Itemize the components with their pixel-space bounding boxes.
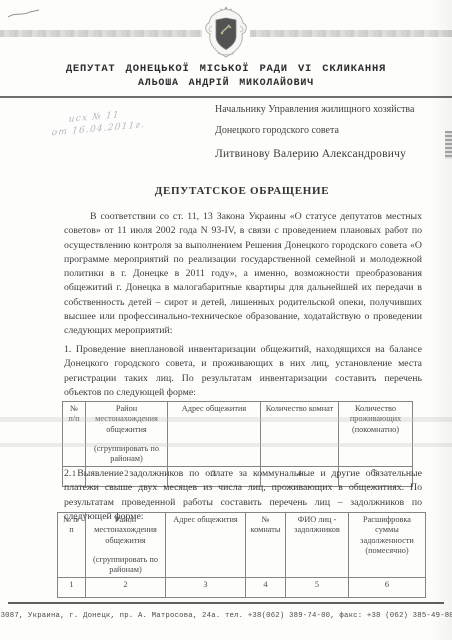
table2-header-district: Район местонахождения общежития(сгруппир…	[86, 513, 166, 578]
table-debtors-list: № п/п Район местонахождения общежития(сг…	[57, 512, 426, 598]
document-title: ДЕПУТАТСКОЕ ОБРАЩЕНИЕ	[64, 185, 420, 197]
letterhead-divider	[0, 96, 452, 98]
scan-edge-shading	[430, 0, 452, 640]
table2-header-address: Адрес общежития	[166, 513, 246, 578]
addressee-block: Начальнику Управления жилищного хозяйств…	[215, 104, 445, 160]
table2-colnum-5: 5	[286, 578, 349, 598]
donetsk-coat-of-arms-icon	[202, 2, 250, 60]
handwritten-note: исх № 11 от 16.04.2011г.	[51, 105, 173, 140]
table2-colnum-4: 4	[246, 578, 286, 598]
letterhead-deputy-name: АЛЬОША АНДРІЙ МИКОЛАЙОВИЧ	[0, 77, 452, 90]
addressee-position: Начальнику Управления жилищного хозяйств…	[215, 104, 445, 116]
table1-header-district: Район местонахождения общежития(сгруппир…	[86, 402, 168, 467]
table2-colnum-2: 2	[86, 578, 166, 598]
table-row: № п/п Район местонахождения общежития(сг…	[63, 402, 413, 467]
footer-address: 83087, Украина, г. Донецк, пр. А. Матрос…	[0, 612, 452, 620]
table2-colnum-3: 3	[166, 578, 246, 598]
footer-divider	[8, 602, 444, 604]
table2-header-debtor-name: ФИО лиц - задолжников	[286, 513, 349, 578]
table-row: 1 2 3 4 5 6	[58, 578, 426, 598]
table1-header-address: Адрес общежития	[168, 402, 261, 467]
letterhead-title: ДЕПУТАТ ДОНЕЦЬКОЇ МІСЬКОЇ РАДИ VI СКЛИКА…	[0, 62, 452, 76]
table-row: № п/п Район местонахождения общежития(сг…	[58, 513, 426, 578]
scan-streak	[0, 417, 452, 422]
table1-header-rooms-count: Количество комнат	[261, 402, 339, 467]
table2-header-debt-breakdown: Расшифровка суммы задолженности(помесячн…	[349, 513, 426, 578]
addressee-organization: Донецкого городского совета	[215, 125, 445, 137]
table2-header-room-number: № комнаты	[246, 513, 286, 578]
table2-colnum-6: 6	[349, 578, 426, 598]
table1-header-num: № п/п	[63, 402, 86, 467]
scan-streak	[0, 443, 452, 447]
table1-header-residents-count: Количество проживающих(покомнатно)	[339, 402, 413, 467]
table2-header-num: № п/п	[58, 513, 86, 578]
pen-squiggle-mark	[6, 6, 42, 22]
paragraph-legal-basis: В соответствии со ст. 11, 13 Закона Укра…	[64, 210, 422, 339]
addressee-name: Литвинову Валерию Александровичу	[215, 148, 445, 160]
paragraph-item-1: 1. Проведение внеплановой инвентаризации…	[64, 343, 422, 400]
table2-colnum-1: 1	[58, 578, 86, 598]
